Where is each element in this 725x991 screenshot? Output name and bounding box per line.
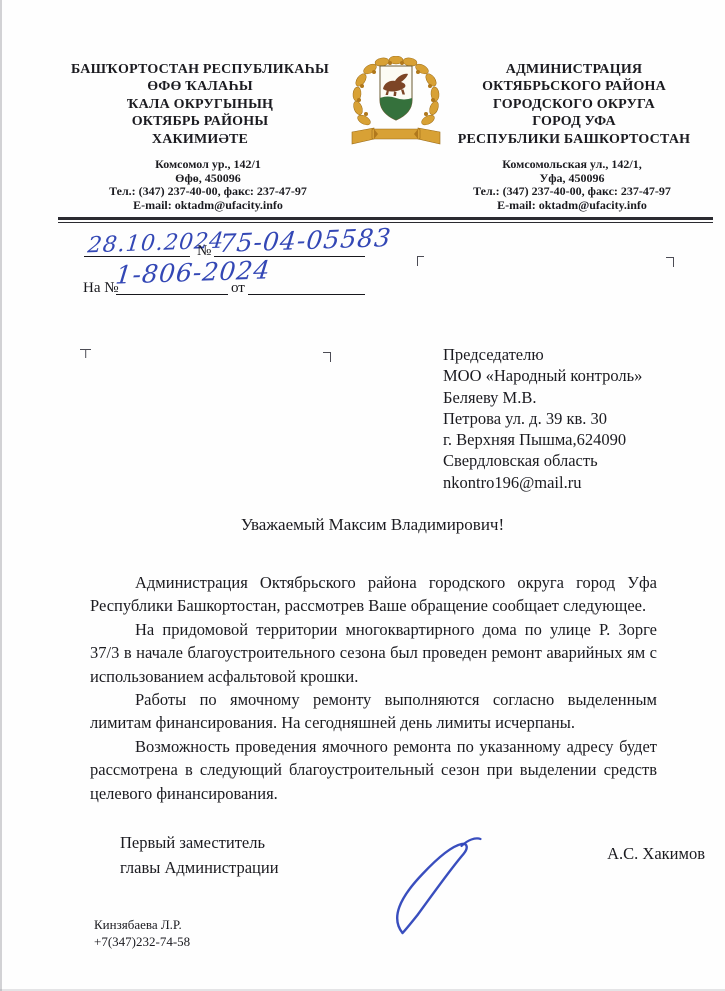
org-line: ҠАЛА ОКРУГЫНЫҢ (52, 96, 348, 113)
contact-block-bashkir: Комсомол ур., 142/1 Өфө, 450096 Тел.: (3… (58, 158, 358, 212)
paragraph: Возможность проведения ямочного ремонта … (90, 735, 657, 805)
signatory-title-line: Первый заместитель (120, 830, 279, 855)
org-line: РЕСПУБЛИКИ БАШКОРТОСТАН (426, 131, 722, 148)
executor-name: Кинзябаева Л.Р. (94, 916, 190, 933)
address-corner-mark-top-left (417, 256, 424, 266)
stamp-corner-mark-left (80, 349, 91, 358)
contact-line: E-mail: oktadm@ufacity.info (422, 199, 722, 213)
contact-block-russian: Комсомольская ул., 142/1, Уфа, 450096 Те… (422, 158, 722, 212)
handwritten-reply-number: 1-806-2024 (114, 255, 272, 289)
letter-body: Администрация Октябрьского района городс… (90, 571, 657, 805)
contact-line: Өфө, 450096 (58, 172, 358, 186)
executor-phone: +7(347)232-74-58 (94, 933, 190, 950)
paragraph: Администрация Октябрьского района городс… (90, 571, 657, 618)
paragraph: На придомовой территории многоквартирног… (90, 618, 657, 688)
contact-line: Комсомол ур., 142/1 (58, 158, 358, 172)
org-line: АДМИНИСТРАЦИЯ (426, 61, 722, 78)
executor-note: Кинзябаева Л.Р. +7(347)232-74-58 (94, 916, 190, 950)
recipient-line: г. Верхняя Пышма,624090 (443, 429, 723, 450)
contact-line: Тел.: (347) 237-40-00, факс: 237-47-97 (422, 185, 722, 199)
recipient-email: nkontro196@mail.ru (443, 472, 723, 493)
stamp-corner-mark-right (323, 352, 331, 362)
contact-line: Тел.: (347) 237-40-00, факс: 237-47-97 (58, 185, 358, 199)
paragraph: Работы по ямочному ремонту выполняются с… (90, 688, 657, 735)
org-line: ОКТЯБРЬСКОГО РАЙОНА (426, 78, 722, 95)
recipient-line: МОО «Народный контроль» (443, 365, 723, 386)
signatory-title-line: главы Администрации (120, 855, 279, 880)
recipient-line: Беляеву М.В. (443, 387, 723, 408)
salutation: Уважаемый Максим Владимирович! (90, 515, 655, 535)
org-line: ГОРОДСКОГО ОКРУГА (426, 96, 722, 113)
recipient-line: Петрова ул. д. 39 кв. 30 (443, 408, 723, 429)
address-corner-mark-top-right (666, 257, 674, 267)
reply-number-label: На № (83, 280, 119, 297)
recipient-line: Председателю (443, 344, 723, 365)
org-line: ХАКИМИӘТЕ (52, 131, 348, 148)
org-name-bashkir: БАШҠОРТОСТАН РЕСПУБЛИКАҺЫ ӨФӨ ҠАЛАҺЫ ҠАЛ… (52, 61, 348, 148)
pen-signature-icon (385, 836, 490, 936)
recipient-line: Свердловская область (443, 450, 723, 471)
contact-line: Комсомольская ул., 142/1, (422, 158, 722, 172)
from-label: от (231, 280, 245, 297)
reply-number-underline (116, 294, 228, 295)
org-line: ӨФӨ ҠАЛАҺЫ (52, 78, 348, 95)
handwritten-outgoing-number: 75-04-05583 (218, 223, 393, 258)
contact-line: Уфа, 450096 (422, 172, 722, 186)
signatory-title: Первый заместитель главы Администрации (120, 830, 279, 880)
org-line: БАШҠОРТОСТАН РЕСПУБЛИКАҺЫ (52, 61, 348, 78)
scanned-letter-page: БАШҠОРТОСТАН РЕСПУБЛИКАҺЫ ӨФӨ ҠАЛАҺЫ ҠАЛ… (0, 0, 725, 991)
contact-line: E-mail: oktadm@ufacity.info (58, 199, 358, 213)
org-name-russian: АДМИНИСТРАЦИЯ ОКТЯБРЬСКОГО РАЙОНА ГОРОДС… (426, 61, 722, 148)
recipient-address-block: Председателю МОО «Народный контроль» Бел… (443, 344, 723, 493)
org-line: ГОРОД УФА (426, 113, 722, 130)
org-line: ОКТЯБРЬ РАЙОНЫ (52, 113, 348, 130)
scan-edge (0, 0, 2, 991)
from-date-underline (248, 294, 365, 295)
signatory-name: А.С. Хакимов (565, 844, 705, 864)
letterhead-divider-rule (58, 217, 713, 223)
date-underline (84, 256, 190, 257)
